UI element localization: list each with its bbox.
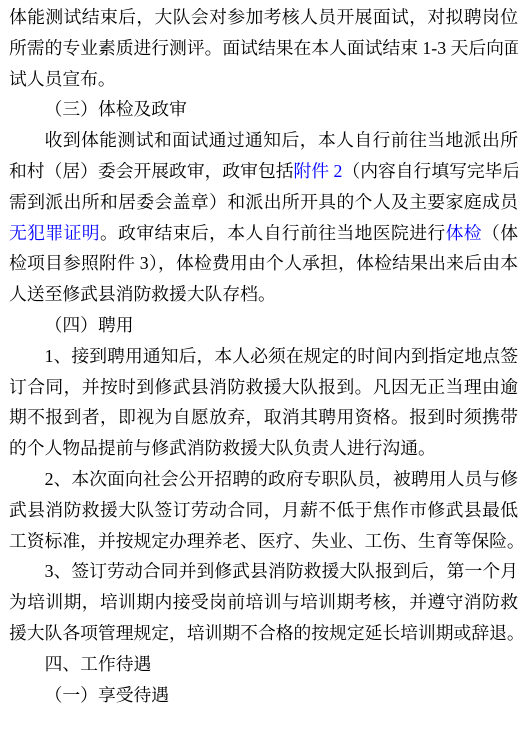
document-page: 体能测试结束后，大队会对参加考核人员开展面试，对拟聘岗位所需的专业素质进行测评。…	[0, 0, 527, 741]
body-line: 2、本次面向社会公开招聘的政府专职队员，被聘用人员与修	[9, 464, 518, 495]
text-segment: 试人员宣布。	[9, 69, 116, 89]
body-line: 无犯罪证明。政审结束后，本人自行前往当地医院进行体检（体	[9, 218, 518, 249]
text-segment: 四、工作待遇	[45, 654, 152, 674]
heading-part-4: 四、工作待遇	[9, 649, 518, 680]
body-line: 和村（居）委会开展政审，政审包括附件 2（内容自行填写完毕后，	[9, 156, 518, 187]
body-line: 3、签订劳动合同并到修武县消防救援大队报到后，第一个月	[9, 556, 518, 587]
text-segment: 援大队各项管理规定，培训期不合格的按规定延长培训期或辞退。	[9, 623, 518, 643]
body-line: 的个人物品提前与修武消防救援大队负责人进行沟通。	[9, 433, 518, 464]
text-segment: 人送至修武县消防救援大队存档。	[9, 284, 276, 304]
body-line: 工资标准，并按规定办理养老、医疗、失业、工伤、生育等保险。	[9, 526, 518, 557]
text-segment: 体能测试结束后，大队会对参加考核人员开展面试，对拟聘岗位	[9, 7, 518, 27]
heading-section-3: （三）体检及政审	[9, 94, 518, 125]
body-line: 检项目参照附件 3），体检费用由个人承担，体检结果出来后由本	[9, 248, 518, 279]
body-line: 期不报到者，即视为自愿放弃，取消其聘用资格。报到时须携带	[9, 402, 518, 433]
body-line: 收到体能测试和面试通过通知后，本人自行前往当地派出所	[9, 125, 518, 156]
body-line: 试人员宣布。	[9, 64, 518, 95]
body-line: 武县消防救援大队签订劳动合同，月薪不低于焦作市修武县最低	[9, 495, 518, 526]
text-segment: 1、接到聘用通知后，本人必须在规定的时间内到指定地点签	[45, 346, 518, 366]
text-segment: 收到体能测试和面试通过通知后，本人自行前往当地派出所	[45, 130, 518, 150]
text-segment: 武县消防救援大队签订劳动合同，月薪不低于焦作市修武县最低	[9, 500, 518, 520]
body-line: 体能测试结束后，大队会对参加考核人员开展面试，对拟聘岗位	[9, 2, 518, 33]
body-line: 为培训期，培训期内接受岗前培训与培训期考核，并遵守消防救	[9, 587, 518, 618]
no-criminal-record-link[interactable]: 无犯罪证明	[9, 223, 100, 243]
text-segment: （三）体检及政审	[45, 99, 187, 119]
heading-benefits-1: （一）享受待遇	[9, 680, 518, 711]
body-line: 1、接到聘用通知后，本人必须在规定的时间内到指定地点签	[9, 341, 518, 372]
body-line: 人送至修武县消防救援大队存档。	[9, 279, 518, 310]
physical-exam-link[interactable]: 体检	[446, 223, 482, 243]
text-segment: 为培训期，培训期内接受岗前培训与培训期考核，并遵守消防救	[9, 592, 518, 612]
text-segment: （体	[482, 223, 518, 243]
text-segment: （一）享受待遇	[45, 685, 169, 705]
text-segment: （四）聘用	[45, 315, 134, 335]
text-segment: 订合同，并按时到修武县消防救援大队报到。凡因无正当理由逾	[9, 377, 518, 397]
text-segment: （内容自行填写完毕后，	[342, 161, 518, 181]
attachment-2-link[interactable]: 附件 2	[294, 161, 343, 181]
text-segment: 工资标准，并按规定办理养老、医疗、失业、工伤、生育等保险。	[9, 531, 518, 551]
heading-section-4: （四）聘用	[9, 310, 518, 341]
body-line: 所需的专业素质进行测评。面试结果在本人面试结束 1-3 天后向面	[9, 33, 518, 64]
text-segment: 所需的专业素质进行测评。面试结果在本人面试结束 1-3 天后向面	[9, 38, 518, 58]
text-segment: 期不报到者，即视为自愿放弃，取消其聘用资格。报到时须携带	[9, 407, 518, 427]
body-line: 援大队各项管理规定，培训期不合格的按规定延长培训期或辞退。	[9, 618, 518, 649]
text-segment: 3、签订劳动合同并到修武县消防救援大队报到后，第一个月	[45, 561, 518, 581]
text-segment: 和村（居）委会开展政审，政审包括	[9, 161, 294, 181]
text-segment: 需到派出所和居委会盖章）和派出所开具的个人及主要家庭成员	[9, 192, 518, 212]
text-segment: 的个人物品提前与修武消防救援大队负责人进行沟通。	[9, 438, 436, 458]
text-segment: 。政审结束后，本人自行前往当地医院进行	[100, 223, 446, 243]
body-line: 订合同，并按时到修武县消防救援大队报到。凡因无正当理由逾	[9, 372, 518, 403]
body-line: 需到派出所和居委会盖章）和派出所开具的个人及主要家庭成员	[9, 187, 518, 218]
text-segment: 检项目参照附件 3），体检费用由个人承担，体检结果出来后由本	[9, 253, 518, 273]
text-segment: 2、本次面向社会公开招聘的政府专职队员，被聘用人员与修	[45, 469, 518, 489]
